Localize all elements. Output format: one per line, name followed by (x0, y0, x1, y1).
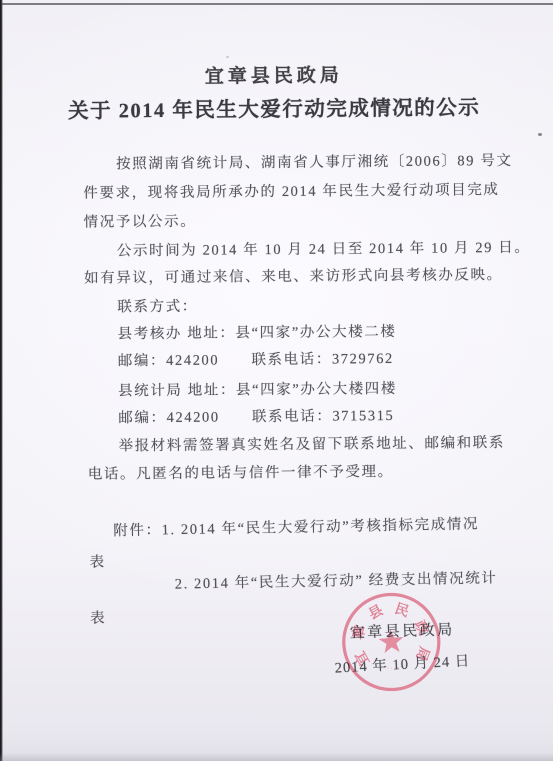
document-content: 宜章县民政局 关于 2014 年民生大爱行动完成情况的公示 按照湖南省统计局、湖… (0, 0, 553, 761)
attachment-line: 表 (90, 603, 106, 633)
doc-title: 关于 2014 年民生大爱行动完成情况的公示 (0, 90, 551, 125)
org-title: 宜章县民政局 (0, 59, 550, 91)
contact-heading: 联系方式： (117, 292, 198, 323)
seal-char: 宜 (351, 648, 373, 669)
seal-char: 局 (412, 644, 432, 663)
seal-char: 章 (349, 623, 369, 641)
attachment-line: 附件：1. 2014 年“民生大爱行动”考核指标完成情况 (113, 509, 479, 546)
seal-star-icon (378, 628, 405, 653)
seal-char: 民 (393, 601, 411, 621)
body-line: 件要求，现将我局所承办的 2014 年民生大爱行动项目完成 (83, 175, 499, 209)
contact-line: 邮编：424200 联系电话：3729762 (118, 344, 394, 376)
seal-char: 县 (366, 602, 386, 623)
body-line: 情况予以公示。 (83, 207, 196, 238)
body-line: 电话。凡匿名的电话与信件一律不予受理。 (88, 457, 394, 490)
attachment-line: 表 (89, 547, 105, 577)
body-line: 举报材料需签署真实姓名及留下联系地址、邮编和联系 (118, 428, 505, 461)
body-line: 按照湖南省统计局、湖南省人事厅湘统〔2006〕89 号文 (116, 146, 513, 179)
body-line: 如有异议，可通过来信、来电、来访形式向县考核办反映。 (84, 260, 503, 294)
seal-char: 政 (411, 618, 432, 638)
scanned-document-page: 宜章县民政局 关于 2014 年民生大爱行动完成情况的公示 按照湖南省统计局、湖… (0, 0, 553, 761)
official-seal: 宜 章 县 民 政 局 ·············· (335, 586, 447, 698)
